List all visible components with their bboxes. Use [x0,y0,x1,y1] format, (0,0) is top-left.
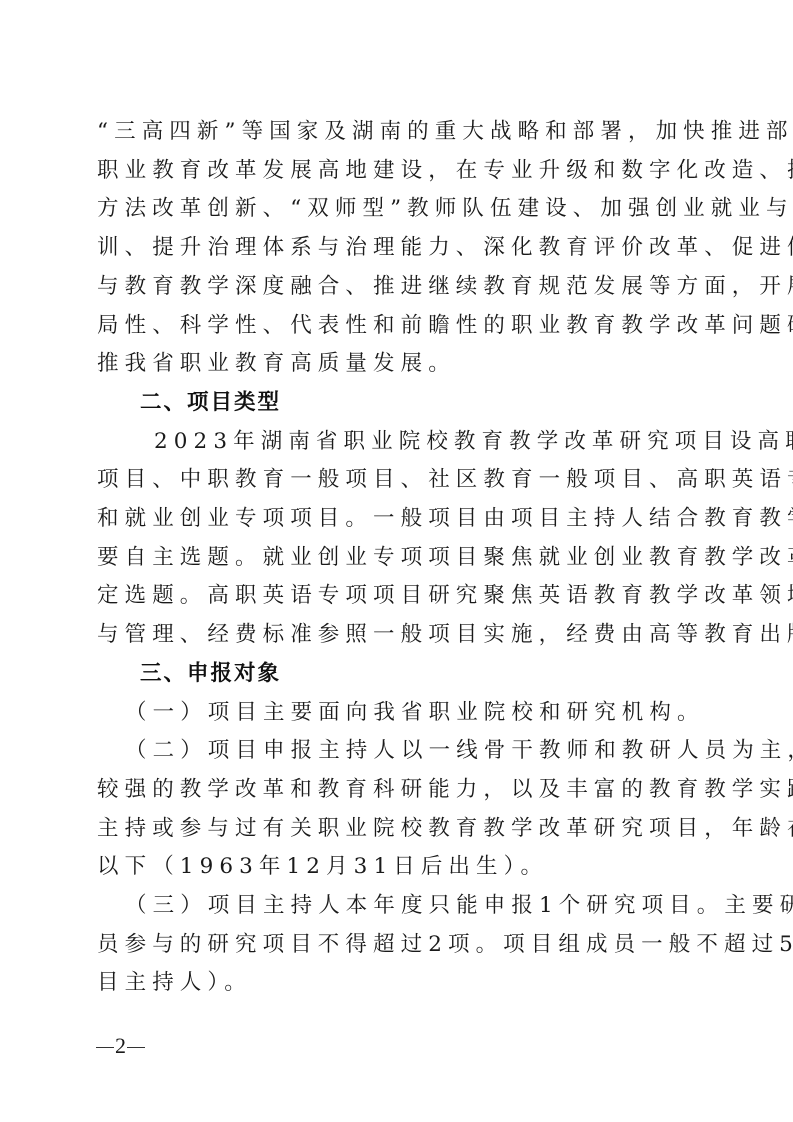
text-line: 主持或参与过有关职业院校教育教学改革研究项目，年龄在60周岁 [97,810,697,849]
text-line: 和就业创业专项项目。一般项目由项目主持人结合教育教学改革需 [97,500,697,539]
text-line: （三）项目主持人本年度只能申报1个研究项目。主要研究人 [97,887,697,926]
text-line: 职业教育改革发展高地建设，在专业升级和数字化改造、推动教学 [97,152,697,191]
text-line: （二）项目申报主持人以一线骨干教师和教研人员为主，具有 [97,732,697,771]
text-line: 与管理、经费标准参照一般项目实施，经费由高等教育出版社资助。 [97,616,697,655]
page-number: 2 [96,1032,145,1060]
text-line: 要自主选题。就业创业专项项目聚焦就业创业教育教学改革领域确 [97,539,697,578]
text-line: 定选题。高职英语专项项目研究聚焦英语教育教学改革领域，申报 [97,577,697,616]
text-line: 方法改革创新、“双师型”教师队伍建设、加强创业就业与职业培 [97,190,697,229]
text-line: 训、提升治理体系与治理能力、深化教育评价改革、促进信息技术 [97,229,697,268]
paragraph-strategy-context: “三高四新”等国家及湖南的重大战略和部署，加快推进部省共建 职业教育改革发展高地… [97,113,697,384]
text-line: 以下（1963年12月31日后出生）。 [97,848,697,887]
document-page: “三高四新”等国家及湖南的重大战略和部署，加快推进部省共建 职业教育改革发展高地… [0,0,793,1122]
text-line: （一）项目主要面向我省职业院校和研究机构。 [97,694,697,733]
text-line: 项目、中职教育一般项目、社区教育一般项目、高职英语专项项目 [97,461,697,500]
text-line: 较强的教学改革和教育科研能力，以及丰富的教育教学实践经验， [97,771,697,810]
text-line: “三高四新”等国家及湖南的重大战略和部署，加快推进部省共建 [97,113,697,152]
text-line: 目主持人）。 [97,964,697,1003]
page-number-value: 2 [114,1032,127,1060]
paragraph-project-types: 2023年湖南省职业院校教育教学改革研究项目设高职教育一般 项目、中职教育一般项… [97,423,697,655]
text-line: 与教育教学深度融合、推进继续教育规范发展等方面，开展具有全 [97,268,697,307]
section-heading-applicants: 三、申报对象 [97,655,697,694]
dash-right [127,1047,145,1048]
text-line: 员参与的研究项目不得超过2项。项目组成员一般不超过5人（含项 [97,926,697,965]
dash-left [96,1047,114,1048]
paragraph-applicants-item-1: （一）项目主要面向我省职业院校和研究机构。 [97,694,697,733]
paragraph-applicants-item-3: （三）项目主持人本年度只能申报1个研究项目。主要研究人 员参与的研究项目不得超过… [97,887,697,1003]
text-line: 推我省职业教育高质量发展。 [97,345,697,384]
text-line: 2023年湖南省职业院校教育教学改革研究项目设高职教育一般 [97,423,697,462]
document-body: “三高四新”等国家及湖南的重大战略和部署，加快推进部省共建 职业教育改革发展高地… [97,113,697,1003]
paragraph-applicants-item-2: （二）项目申报主持人以一线骨干教师和教研人员为主，具有 较强的教学改革和教育科研… [97,732,697,887]
section-heading-project-types: 二、项目类型 [97,384,697,423]
text-line: 局性、科学性、代表性和前瞻性的职业教育教学改革问题研究，助 [97,307,697,346]
